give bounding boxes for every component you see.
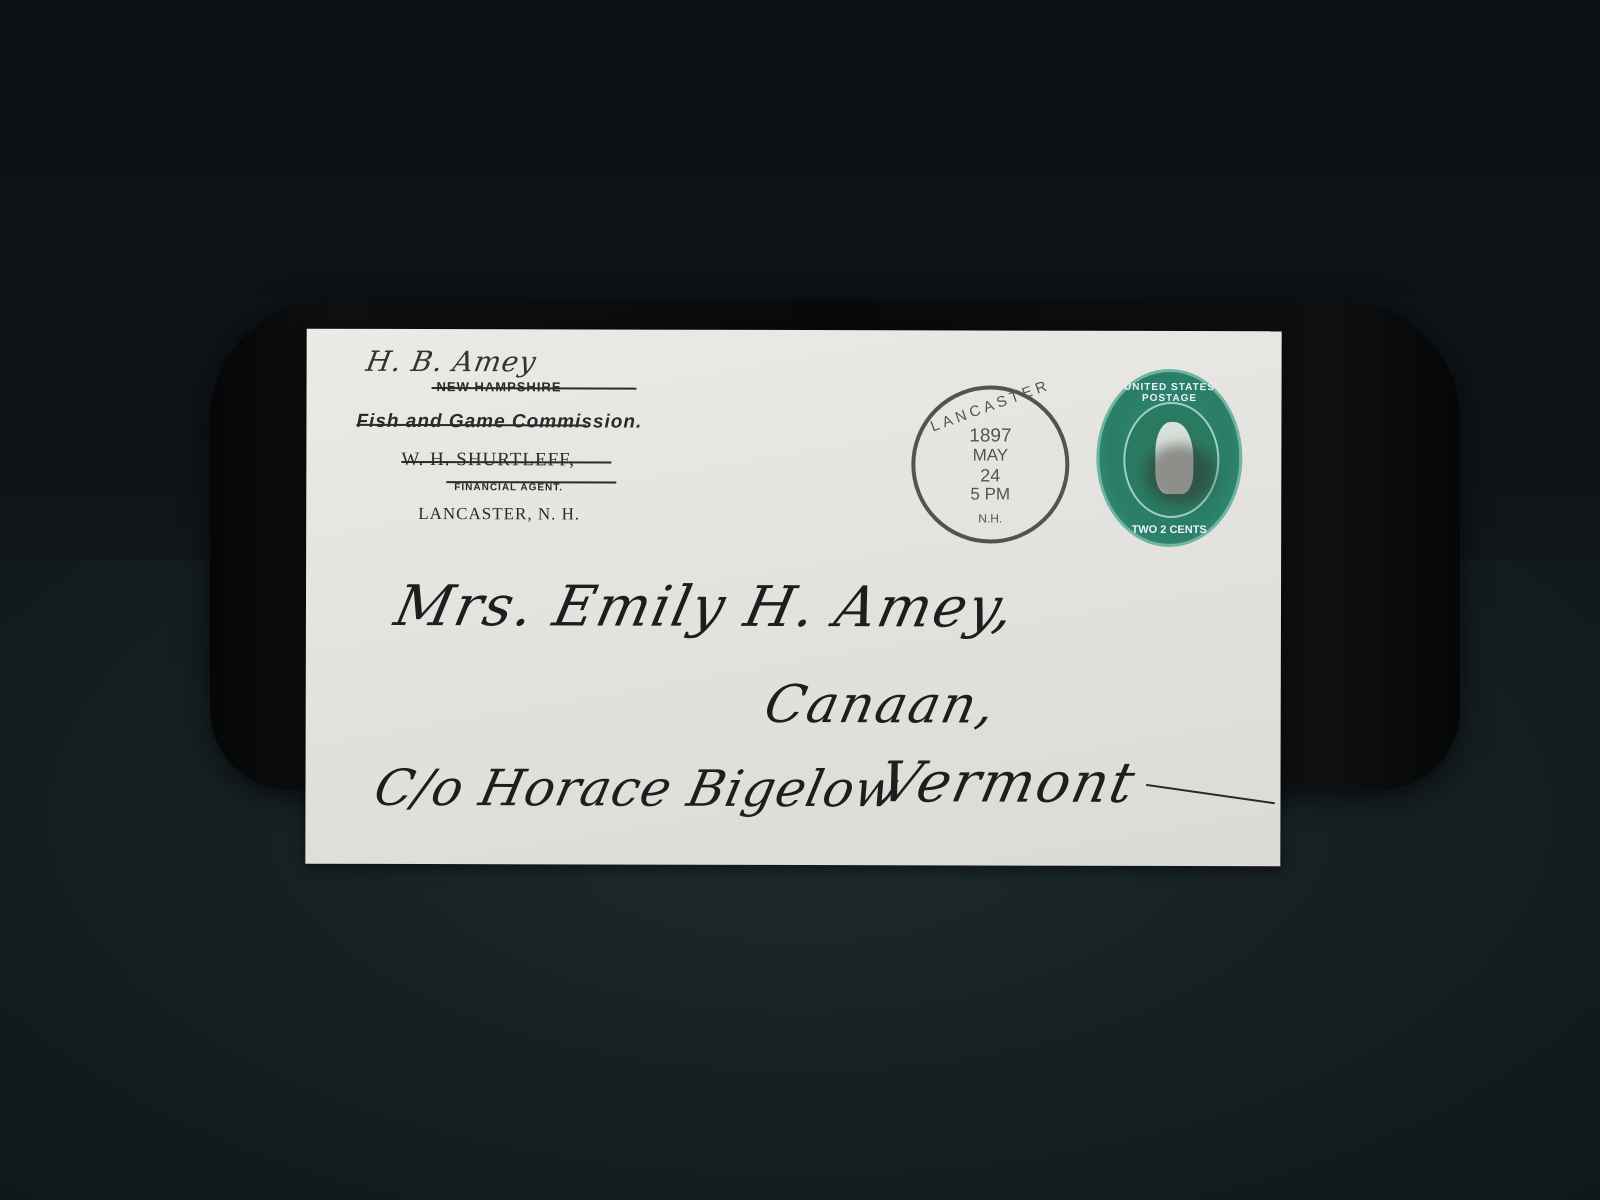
pen-flourish	[1146, 784, 1275, 804]
stamp-top-text: UNITED STATES POSTAGE	[1100, 382, 1240, 404]
handwritten-sender: H. B. Amey	[364, 345, 540, 378]
postmark-state: N.H.	[915, 511, 1065, 525]
postmark-month: MAY	[915, 445, 1065, 465]
envelope: H. B. Amey NEW HAMPSHIRE Fish and Game C…	[305, 329, 1281, 867]
recipient-name: Mrs. Emily H. Amey,	[389, 574, 1022, 641]
recipient-care-of: C/o Horace Bigelow	[369, 759, 905, 818]
recipient-state: Vermont	[874, 750, 1143, 816]
cancellation-smudge	[1145, 444, 1215, 504]
underline-stroke	[446, 481, 616, 483]
postmark: LANCASTER 1897 MAY 24 5 PM N.H.	[911, 385, 1069, 543]
return-line-commission: Fish and Game Commission.	[356, 411, 642, 434]
return-line-city: LANCASTER, N. H.	[418, 504, 580, 524]
stamp-bottom-text: TWO 2 CENTS	[1099, 524, 1239, 536]
postmark-year: 1897	[915, 425, 1065, 447]
postage-stamp: UNITED STATES POSTAGE TWO 2 CENTS	[1096, 369, 1242, 547]
postmark-time: 5 PM	[915, 484, 1065, 504]
return-line-agent-title: FINANCIAL AGENT.	[454, 482, 563, 493]
return-address: H. B. Amey NEW HAMPSHIRE Fish and Game C…	[347, 349, 667, 350]
stamp-portrait-frame	[1123, 402, 1219, 518]
recipient-town: Canaan,	[759, 675, 1002, 736]
